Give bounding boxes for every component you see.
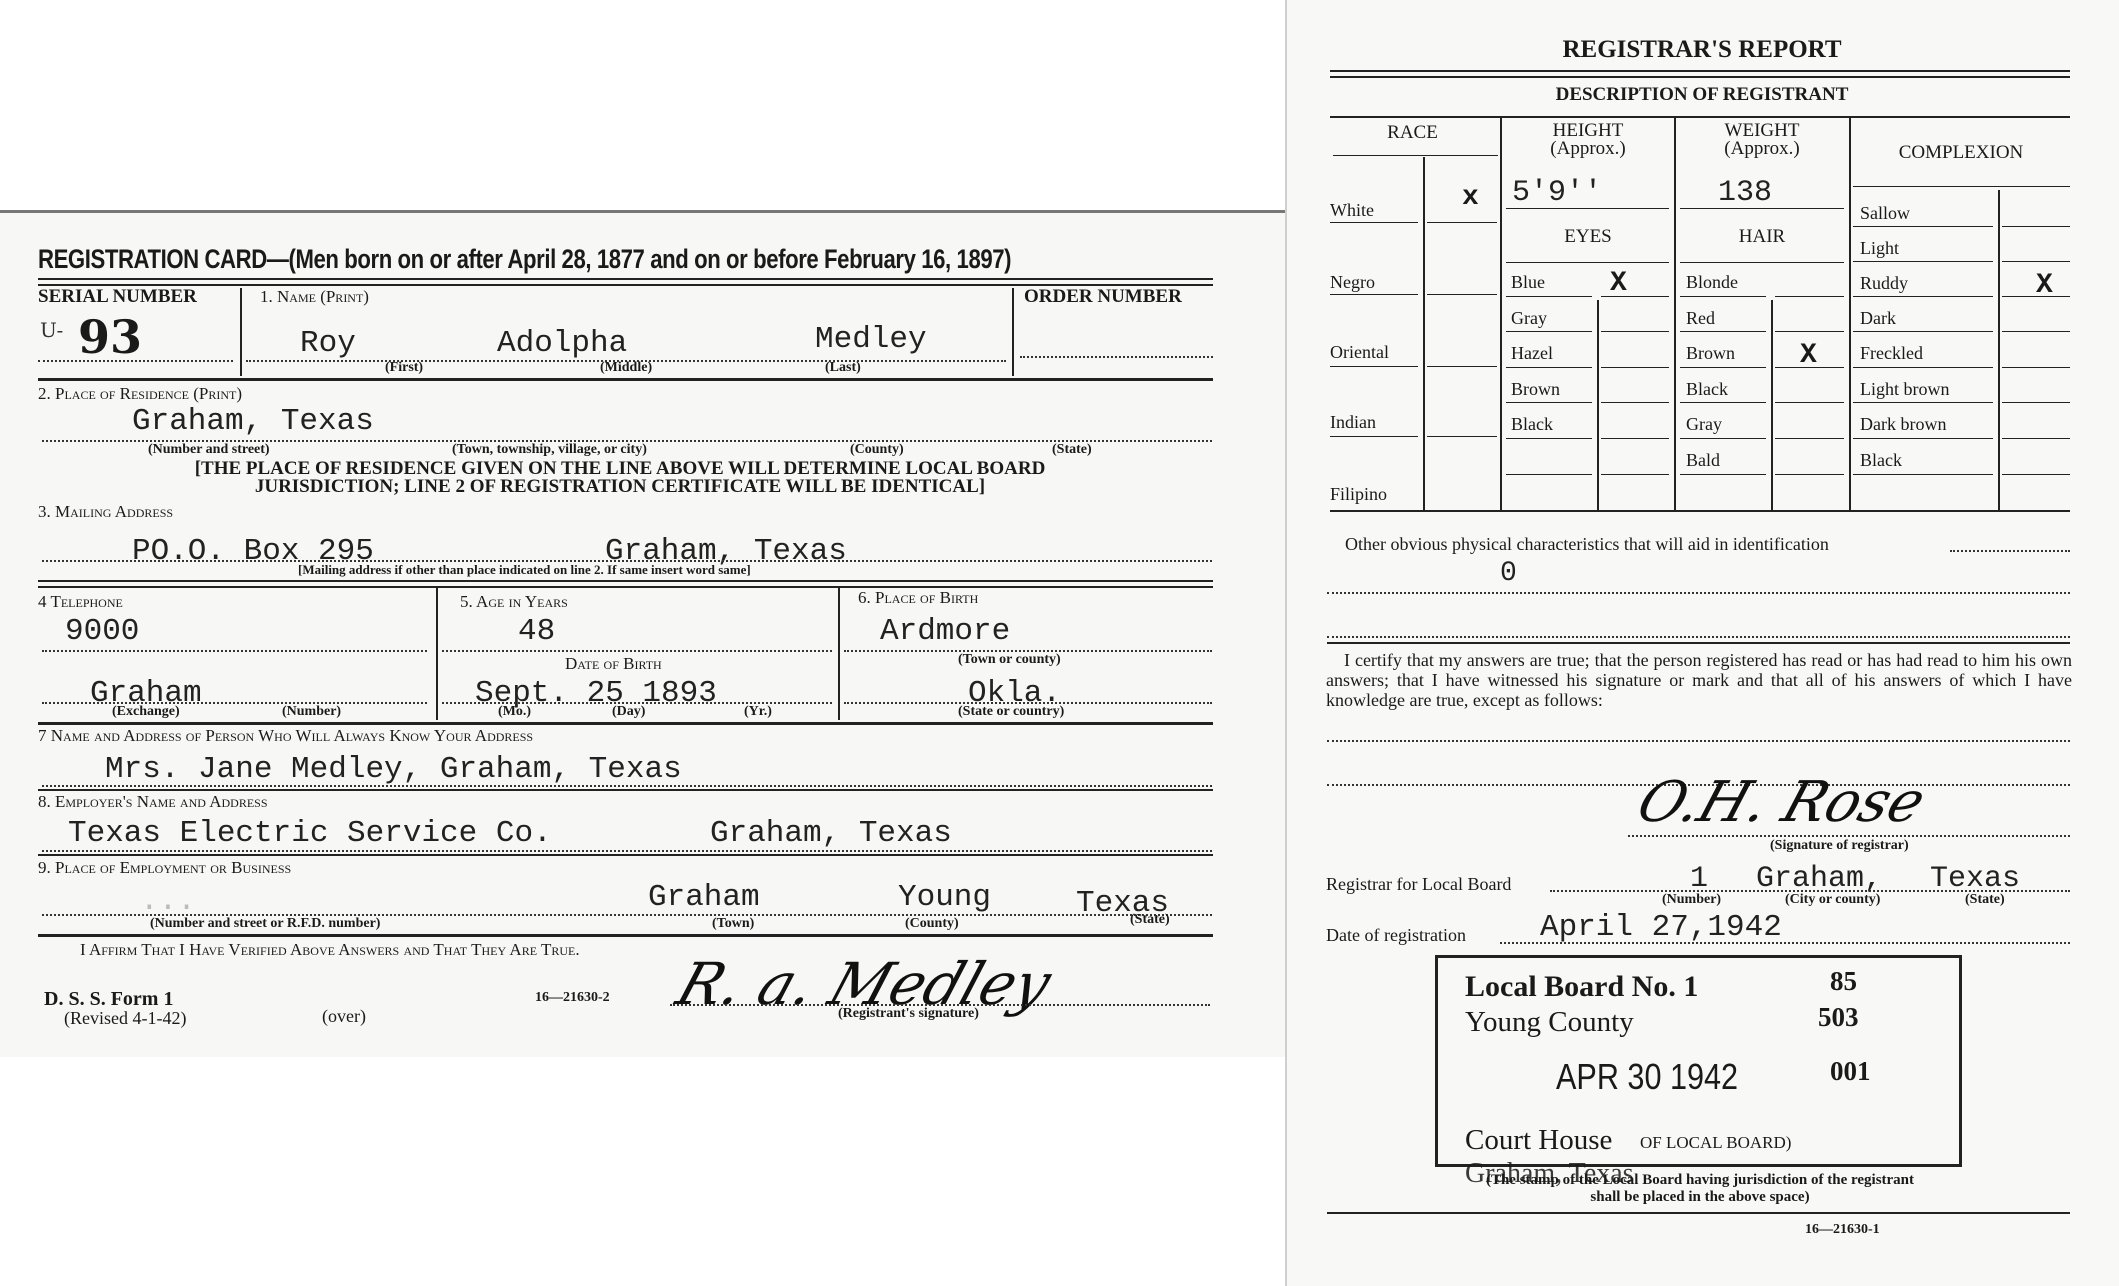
complexion-mark-line[interactable] <box>2002 474 2070 475</box>
complexion-freckled-label: Freckled <box>1860 343 1923 364</box>
first-caption: (First) <box>385 360 423 376</box>
age-birth-divider <box>838 586 840 720</box>
hair-blonde-label: Blonde <box>1686 272 1738 293</box>
stamp-line3: Court House <box>1465 1124 1612 1157</box>
weight-complexion-divider <box>1849 116 1851 510</box>
employment-place-label: 9. Place of Employment or Business <box>38 858 291 878</box>
name-middle-value[interactable]: Adolpha <box>497 326 627 361</box>
dob-caption-day: (Day) <box>612 704 645 720</box>
complexion-sallow-label: Sallow <box>1860 203 1910 224</box>
hair-row-line <box>1680 474 1766 475</box>
complexion-mark-line[interactable] <box>2002 438 2070 439</box>
race-oriental-mark-line[interactable] <box>1427 366 1497 367</box>
complexion-mark-line[interactable] <box>2002 226 2070 227</box>
age-label: 5. Age in Years <box>460 592 568 612</box>
eyes-mark-line[interactable] <box>1601 438 1669 439</box>
local-board-label: Registrar for Local Board <box>1326 874 1511 895</box>
stamp-line2: Young County <box>1465 1006 1634 1039</box>
hair-mark-line[interactable] <box>1775 296 1844 297</box>
registrant-signature-caption: (Registrant's signature) <box>838 1006 979 1022</box>
complexion-mark-line[interactable] <box>2002 367 2070 368</box>
hair-mark-line[interactable] <box>1775 438 1844 439</box>
stamp-date: APR 30 1942 <box>1556 1056 1738 1098</box>
registrar-signature-caption: (Signature of registrar) <box>1770 838 1909 854</box>
name-last-value[interactable]: Medley <box>815 322 927 357</box>
report-title-divider <box>1330 70 2070 78</box>
last-caption: (Last) <box>825 360 861 376</box>
report-title: REGISTRAR'S REPORT <box>1285 36 2119 64</box>
hair-bald-label: Bald <box>1686 450 1720 471</box>
employment-caption-town: (Town) <box>712 916 754 932</box>
local-board-caption-number: (Number) <box>1662 892 1721 908</box>
residence-notice-line2: JURISDICTION; LINE 2 OF REGISTRATION CER… <box>80 476 1160 498</box>
employment-county-value[interactable]: Young <box>898 880 991 915</box>
employment-caption-state: (State) <box>1130 912 1170 928</box>
complexion-black-label: Black <box>1860 450 1902 471</box>
hair-mark-line[interactable] <box>1775 474 1844 475</box>
dob-caption-mo: (Mo.) <box>498 704 531 720</box>
row1-divider <box>38 378 1213 381</box>
title-divider <box>38 278 1213 286</box>
contact-line <box>42 785 1212 787</box>
hair-mark-line[interactable] <box>1775 402 1844 403</box>
complexion-mark-line[interactable] <box>2002 296 2070 297</box>
row7-divider <box>38 789 1213 791</box>
eyes-mark-line[interactable] <box>1601 296 1669 297</box>
hair-header: HAIR <box>1676 226 1848 248</box>
certification-text: I certify that my answers are true; that… <box>1326 650 2072 710</box>
employment-town-value[interactable]: Graham <box>648 880 760 915</box>
order-number-line[interactable] <box>1020 356 1213 358</box>
eyes-row-line <box>1506 367 1592 368</box>
name-label: 1. Name (Print) <box>260 287 369 307</box>
eyes-mark-line[interactable] <box>1601 331 1669 332</box>
residence-caption-state: (State) <box>1052 442 1092 458</box>
race-filipino-label: Filipino <box>1330 484 1387 505</box>
stamp-line1: Local Board No. 1 <box>1465 970 1698 1004</box>
contact-person-label: 7 Name and Address of Person Who Will Al… <box>38 726 533 746</box>
local-board-caption-city: (City or county) <box>1785 892 1880 908</box>
eyes-blue-mark[interactable]: X <box>1610 268 1627 299</box>
complexion-row-line <box>1853 296 1993 297</box>
eyes-mark-line[interactable] <box>1601 474 1669 475</box>
weight-sub: (Approx.) <box>1676 138 1848 160</box>
serial-prefix-marks: U- <box>40 318 63 342</box>
race-white-mark[interactable]: x <box>1462 182 1479 213</box>
race-white-label: White <box>1330 200 1374 221</box>
residence-caption-street: (Number and street) <box>148 442 270 458</box>
stamp-caption-line1: (The stamp of the Local Board having jur… <box>1430 1172 1970 1189</box>
hair-row-line <box>1680 367 1766 368</box>
other-characteristics-value[interactable]: 0 <box>1500 558 1517 589</box>
registrar-signature[interactable]: O.H. Rose <box>1629 770 1933 835</box>
race-negro-label: Negro <box>1330 272 1375 293</box>
serial-line <box>38 360 233 362</box>
hair-black-label: Black <box>1686 379 1728 400</box>
stamp-num1: 85 <box>1830 966 1857 997</box>
telephone-line-2 <box>42 702 427 704</box>
hair-red-label: Red <box>1686 308 1715 329</box>
over-note: (over) <box>322 1006 366 1027</box>
hair-mark-line[interactable] <box>1775 367 1844 368</box>
height-value[interactable]: 5'9'' <box>1512 176 1602 210</box>
complexion-header: COMPLEXION <box>1851 142 2071 164</box>
race-oriental-label: Oriental <box>1330 342 1389 363</box>
hair-row-line <box>1680 438 1766 439</box>
residence-value[interactable]: Graham, Texas <box>132 404 374 439</box>
stamp-caption-line2: shall be placed in the above space) <box>1430 1189 1970 1206</box>
complexion-row-line <box>1853 438 1993 439</box>
age-line <box>442 650 832 652</box>
affirmation-text: I Affirm That I Have Verified Above Answ… <box>80 940 580 960</box>
stamp-num3: 001 <box>1830 1056 1871 1087</box>
mailing-address-label: 3. Mailing Address <box>38 502 173 522</box>
eyes-row-line <box>1506 402 1592 403</box>
employer-line <box>42 850 1212 852</box>
race-mark-divider <box>1423 157 1425 510</box>
hair-row-line <box>1680 402 1766 403</box>
report-bottom-line <box>1327 1212 2070 1214</box>
residence-caption-county: (County) <box>850 442 904 458</box>
hair-mark-divider <box>1771 300 1773 510</box>
serial-divider <box>240 288 242 376</box>
eyes-header: EYES <box>1502 226 1674 248</box>
birthplace-town-value[interactable]: Ardmore <box>880 614 1010 649</box>
registration-date-value[interactable]: April 27,1942 <box>1540 910 1782 945</box>
employer-address-value[interactable]: Graham, Texas <box>710 816 952 851</box>
race-negro-mark-line[interactable] <box>1427 294 1497 295</box>
eyes-mark-line[interactable] <box>1601 367 1669 368</box>
hair-gray-label: Gray <box>1686 414 1722 435</box>
complexion-mark-line[interactable] <box>2002 402 2070 403</box>
mailing-caption: [Mailing address if other than place ind… <box>298 562 751 578</box>
hair-brown-label: Brown <box>1686 343 1735 364</box>
name-first-value[interactable]: Roy <box>300 326 356 361</box>
certification-divider <box>1327 642 2070 644</box>
eyes-row-line <box>1506 438 1592 439</box>
employment-caption-county: (County) <box>905 916 959 932</box>
complexion-light-label: Light <box>1860 238 1899 259</box>
stamp-num2: 503 <box>1818 1002 1859 1033</box>
eyes-blue-label: Blue <box>1511 272 1545 293</box>
complexion-row-line <box>1853 261 1993 262</box>
middle-caption: (Middle) <box>600 360 652 376</box>
local-board-caption-state: (State) <box>1965 892 2005 908</box>
eyes-black-label: Black <box>1511 414 1553 435</box>
dob-label: Date of Birth <box>565 654 662 674</box>
race-header-line <box>1333 155 1498 156</box>
height-weight-divider <box>1674 116 1676 510</box>
card-title: REGISTRATION CARD—(Men born on or after … <box>38 244 1011 275</box>
eyes-row-line <box>1506 331 1592 332</box>
eyes-brown-label: Brown <box>1511 379 1560 400</box>
contact-person-value[interactable]: Mrs. Jane Medley, Graham, Texas <box>105 752 682 787</box>
eyes-row-line <box>1506 296 1592 297</box>
eyes-row-line <box>1506 474 1592 475</box>
age-value[interactable]: 48 <box>518 614 555 649</box>
hair-row-line <box>1680 331 1766 332</box>
other-characteristics-label: Other obvious physical characteristics t… <box>1345 534 1829 555</box>
complexion-dark-label: Dark <box>1860 308 1896 329</box>
race-white-line <box>1330 222 1418 223</box>
race-height-divider <box>1500 116 1502 510</box>
employer-name-value[interactable]: Texas Electric Service Co. <box>68 816 552 851</box>
telephone-line-1 <box>42 650 427 652</box>
race-header: RACE <box>1330 122 1495 144</box>
weight-value[interactable]: 138 <box>1718 176 1772 210</box>
row3-divider <box>38 580 1213 588</box>
hair-header-line <box>1680 262 1844 263</box>
residence-caption-town: (Town, township, village, or city) <box>452 442 647 458</box>
race-indian-label: Indian <box>1330 412 1376 433</box>
eyes-header-line <box>1506 262 1669 263</box>
order-divider <box>1012 288 1014 376</box>
number-caption: (Number) <box>282 704 341 720</box>
complexion-ruddy-label: Ruddy <box>1860 273 1908 294</box>
row9-divider <box>38 934 1213 937</box>
complexion-mark-divider <box>1998 190 2000 510</box>
race-white-mark-line <box>1427 222 1497 223</box>
complexion-row-line <box>1853 367 1993 368</box>
exception-line-1[interactable] <box>1327 740 2070 742</box>
complexion-mark-line[interactable] <box>2002 261 2070 262</box>
birthplace-label: 6. Place of Birth <box>858 588 978 608</box>
employment-caption-street: (Number and street or R.F.D. number) <box>150 916 380 932</box>
exchange-caption: (Exchange) <box>112 704 180 720</box>
serial-number-value[interactable]: 93 <box>78 310 142 364</box>
hair-mark-line[interactable] <box>1775 331 1844 332</box>
race-oriental-line <box>1330 366 1418 367</box>
complexion-light-brown-label: Light brown <box>1860 379 1950 400</box>
other-characteristics-line-1[interactable] <box>1327 592 2070 594</box>
row6-divider <box>38 722 1213 725</box>
serial-number-label: SERIAL NUMBER <box>38 286 197 308</box>
other-characteristics-line-0 <box>1950 550 2070 552</box>
eyes-gray-label: Gray <box>1511 308 1547 329</box>
table-bottom-line <box>1330 510 2070 512</box>
eyes-hazel-label: Hazel <box>1511 343 1553 364</box>
registration-date-line <box>1500 942 2070 944</box>
complexion-row-line <box>1853 331 1993 332</box>
race-negro-line <box>1330 294 1418 295</box>
dob-caption-yr: (Yr.) <box>744 704 772 720</box>
registration-date-label: Date of registration <box>1326 925 1466 946</box>
eyes-mark-line[interactable] <box>1601 402 1669 403</box>
birthplace-town-caption: (Town or county) <box>958 652 1061 668</box>
form-revised: (Revised 4-1-42) <box>64 1008 186 1029</box>
tel-age-divider <box>436 586 438 720</box>
other-characteristics-line-2[interactable] <box>1327 636 2070 638</box>
hair-row-line <box>1680 296 1766 297</box>
height-line <box>1506 208 1669 209</box>
description-subtitle: DESCRIPTION OF REGISTRANT <box>1285 84 2119 106</box>
stamp-line3-suffix: OF LOCAL BOARD) <box>1640 1133 1791 1153</box>
registrar-signature-line <box>1628 835 2070 837</box>
race-indian-line <box>1330 436 1418 437</box>
table-top-line <box>1330 116 2070 118</box>
complexion-row-line <box>1853 226 1993 227</box>
row8-divider <box>38 854 1213 856</box>
telephone-label: 4 Telephone <box>38 592 123 612</box>
order-number-label: ORDER NUMBER <box>1024 286 1182 308</box>
telephone-number-value[interactable]: 9000 <box>65 614 139 649</box>
complexion-row-line <box>1853 474 1993 475</box>
height-sub: (Approx.) <box>1502 138 1674 160</box>
birthplace-state-caption: (State or country) <box>958 704 1064 720</box>
employer-label: 8. Employer's Name and Address <box>38 792 268 812</box>
complexion-row-line <box>1853 402 1993 403</box>
residence-label: 2. Place of Residence (Print) <box>38 384 242 404</box>
weight-line <box>1680 208 1844 209</box>
print-code-right: 16—21630-1 <box>1805 1222 1880 1238</box>
complexion-header-line <box>1853 186 2070 187</box>
complexion-dark-brown-label: Dark brown <box>1860 414 1946 435</box>
print-code-left: 16—21630-2 <box>535 990 610 1006</box>
complexion-mark-line[interactable] <box>2002 331 2070 332</box>
race-indian-mark-line[interactable] <box>1427 436 1497 437</box>
eyes-mark-divider <box>1597 300 1599 510</box>
